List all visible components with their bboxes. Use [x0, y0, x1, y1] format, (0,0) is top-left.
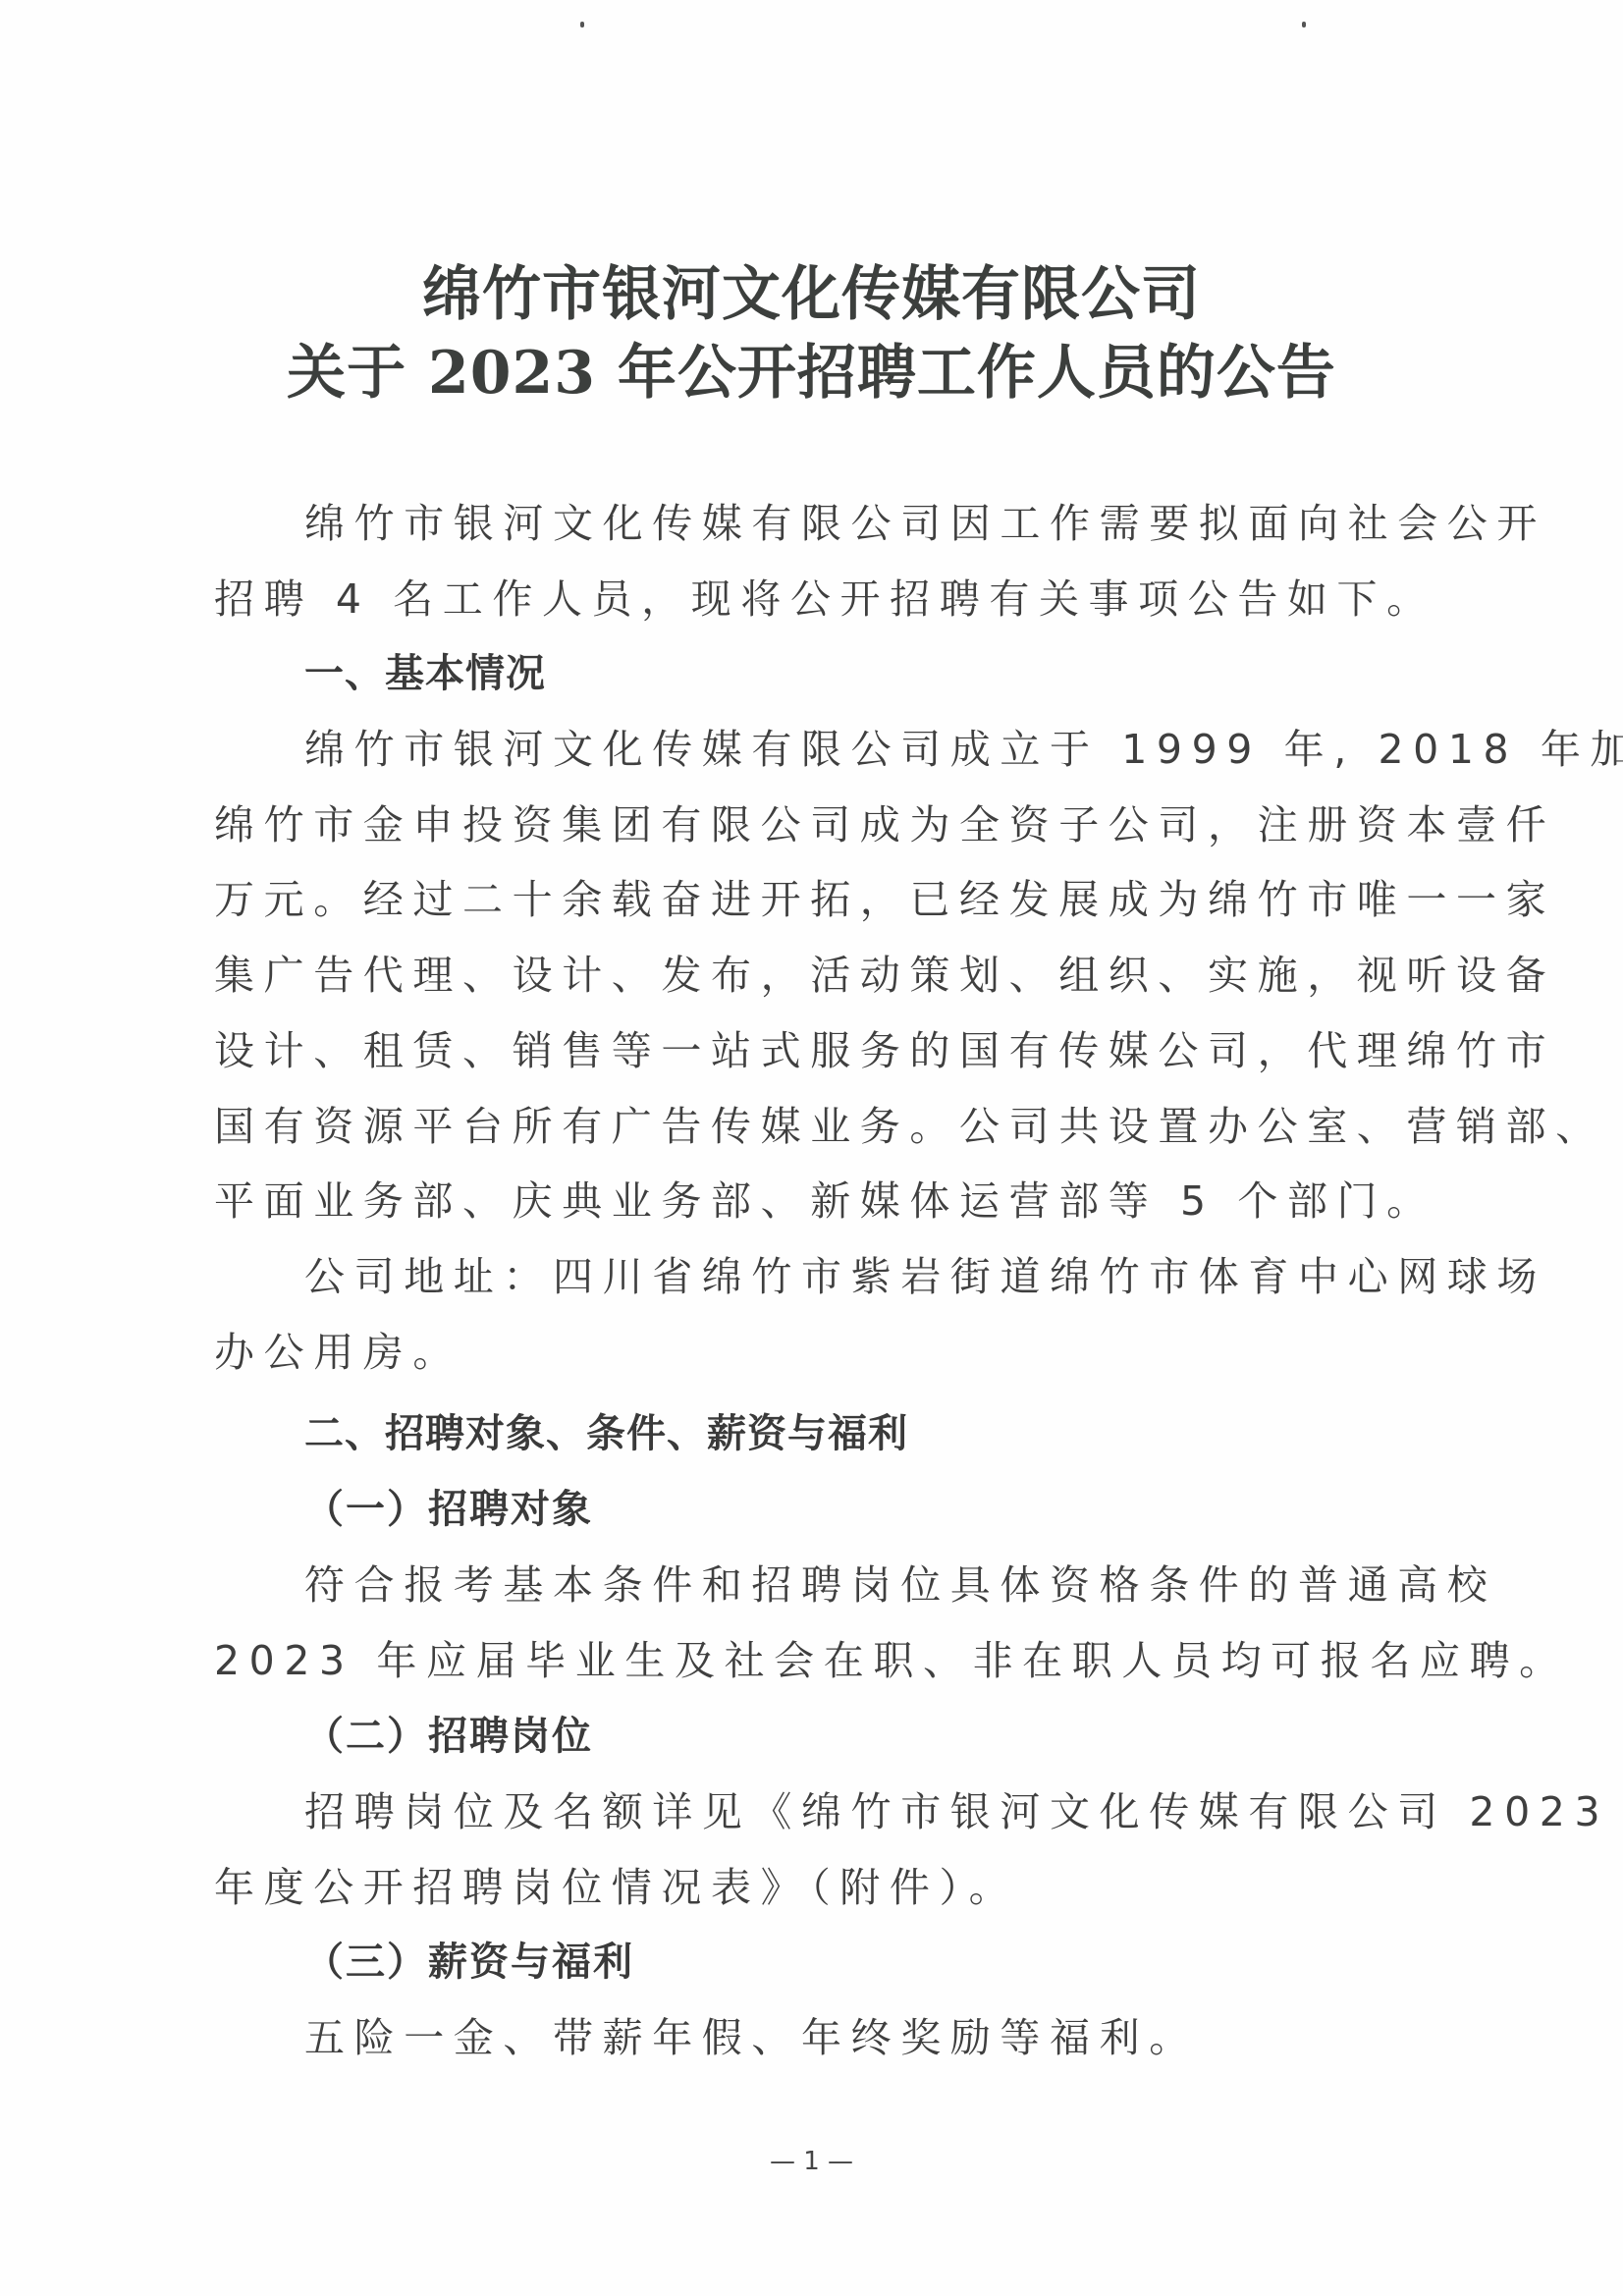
scan-speck — [580, 22, 584, 27]
subsection-salary-benefits-heading: （三）薪资与福利 — [304, 1933, 634, 1992]
section-2-heading: 二、招聘对象、条件、薪资与福利 — [304, 1404, 908, 1463]
subsection-positions-heading: （二）招聘岗位 — [304, 1707, 593, 1766]
section-1-paragraph-line: 平面业务部、庆典业务部、新媒体运营部等 5 个部门。 — [214, 1172, 1422, 1230]
intro-line-2: 招聘 4 名工作人员，现将公开招聘有关事项公告如下。 — [214, 570, 1422, 629]
section-1-paragraph-line: 国有资源平台所有广告传媒业务。公司共设置办公室、营销部、 — [214, 1097, 1422, 1156]
document-title-line-2: 关于 2023 年公开招聘工作人员的公告 — [0, 326, 1623, 410]
company-address-line: 办公用房。 — [214, 1323, 1422, 1382]
recruitment-target-line: 符合报考基本条件和招聘岗位具体资格条件的普通高校 — [304, 1556, 1422, 1614]
company-address-line: 公司地址：四川省绵竹市紫岩街道绵竹市体育中心网球场 — [304, 1247, 1422, 1306]
subsection-recruitment-target-heading: （一）招聘对象 — [304, 1480, 593, 1539]
section-1-paragraph-line: 绵竹市银河文化传媒有限公司成立于 1999 年, 2018 年加入 — [304, 720, 1422, 779]
section-1-paragraph-line: 绵竹市金申投资集团有限公司成为全资子公司，注册资本壹仟 — [214, 795, 1422, 854]
document-page: 绵竹市银河文化传媒有限公司 关于 2023 年公开招聘工作人员的公告 绵竹市银河… — [0, 0, 1623, 2296]
page-number: — 1 — — [0, 2147, 1623, 2176]
positions-line: 年度公开招聘岗位情况表》（附件）。 — [214, 1858, 1422, 1917]
intro-line-1: 绵竹市银河文化传媒有限公司因工作需要拟面向社会公开 — [304, 494, 1422, 553]
section-1-paragraph-line: 设计、租赁、销售等一站式服务的国有传媒公司，代理绵竹市 — [214, 1021, 1422, 1080]
recruitment-target-line: 2023 年应届毕业生及社会在职、非在职人员均可报名应聘。 — [214, 1631, 1422, 1690]
salary-benefits-line: 五险一金、带薪年假、年终奖励等福利。 — [304, 2008, 1422, 2067]
document-title-line-1: 绵竹市银河文化传媒有限公司 — [0, 247, 1623, 332]
scan-speck — [1302, 22, 1306, 27]
section-1-paragraph-line: 万元。经过二十余载奋进开拓，已经发展成为绵竹市唯一一家 — [214, 870, 1422, 929]
section-1-heading: 一、基本情况 — [304, 644, 546, 703]
positions-line: 招聘岗位及名额详见《绵竹市银河文化传媒有限公司 2023 — [304, 1782, 1422, 1841]
section-1-paragraph-line: 集广告代理、设计、发布，活动策划、组织、实施，视听设备 — [214, 946, 1422, 1005]
